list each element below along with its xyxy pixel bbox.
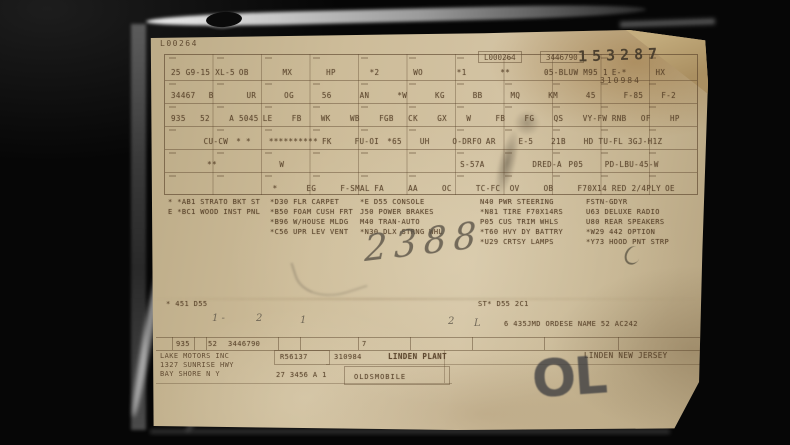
body-code-number: 310984 (600, 76, 641, 85)
zone-number: 7 (362, 340, 367, 348)
grid-cell: *W (393, 92, 431, 103)
option-line: *B96 W/HOUSE MLDG (270, 217, 353, 227)
grid-cell (659, 169, 695, 172)
grid-cell: W (462, 115, 491, 126)
option-line: *T60 HVY DY BATTRY (480, 227, 563, 237)
grid-cell (167, 169, 203, 172)
grid-cell: W (275, 161, 311, 172)
options-column: N40 PWR STEERING*N81 TIRE F70X14RSP05 CU… (480, 197, 563, 247)
grid-cell: ** (203, 161, 239, 172)
grid-cell: AA (404, 185, 438, 196)
grid-cell: HX (651, 69, 695, 80)
grid-cell: F70X14 RED 2/4PLY (574, 185, 662, 196)
dealer-address-line: 1327 SUNRISE HWY (160, 361, 234, 370)
invoice-number: R56137 (280, 353, 308, 361)
grid-cell: VY-FW (579, 115, 608, 126)
model-number: 935 (176, 340, 190, 348)
table-rule (358, 337, 359, 350)
grid-cell: * * (232, 138, 265, 149)
grid-cell: CU-CW (200, 138, 233, 149)
grid-cell: 935 (167, 115, 196, 126)
punch-hole (206, 11, 243, 28)
body-code: 310984 (334, 353, 362, 361)
grid-cell: FK (318, 138, 351, 149)
sleeve-top-edge-2 (620, 18, 715, 27)
grid-row: 93552A 5045LEFBWKWBFGBCKGXWFBFGQSVY-FWRN… (165, 104, 697, 127)
grid-cell: OV (506, 185, 540, 196)
grid-cell: UR (242, 92, 280, 103)
grid-cell: QS (550, 115, 579, 126)
grid-cell: E-5 (515, 138, 548, 149)
pencil-mark: L (474, 318, 481, 329)
grid-cell: 56 (318, 92, 356, 103)
grid-cell: O-DRFO (448, 138, 482, 149)
table-rule (194, 337, 195, 350)
grid-cell (384, 169, 420, 172)
grid-cell: MQ (506, 92, 544, 103)
pencil-mark: 1 (300, 315, 306, 326)
option-line: *E D55 CONSOLE (360, 197, 443, 207)
build-sheet-paper: L00264 L000264 3446790 153287 310984 25 … (148, 30, 708, 430)
pencil-mark: 2 (256, 313, 262, 324)
grid-cell: UH (416, 138, 449, 149)
grid-cell: ********** (265, 138, 318, 149)
grid-cell: F-SMAL (336, 185, 370, 196)
grid-cell: P05 (565, 161, 601, 172)
grid-cell: FG (521, 115, 550, 126)
grid-cell: *2 (366, 69, 410, 80)
options-column: *D30 FLR CARPET*B50 FOAM CUSH FRT*B96 W/… (270, 197, 353, 237)
grid-cell: AN (356, 92, 394, 103)
option-line: * *AB1 STRATO BKT ST (168, 197, 260, 207)
options-column: * *AB1 STRATO BKT STE *BC1 WOOD INST PNL (168, 197, 260, 217)
stamped-sequence-number: 153287 (578, 45, 663, 66)
pencil-mark (622, 244, 643, 267)
grid-cell: HP (666, 115, 695, 126)
grid-cell: 21B (547, 138, 580, 149)
option-line: *C56 UPR LEV VENT (270, 227, 353, 237)
plant-name: LINDEN PLANT (388, 352, 447, 361)
options-column: FSTN-GDYRU63 DELUXE RADIOU80 REAR SPEAKE… (586, 197, 669, 247)
lower-right-code: ST* D55 2C1 (478, 300, 529, 308)
grid-cell: B (205, 92, 243, 103)
grid-cell: KG (431, 92, 469, 103)
grid-cell: 25 G9-15 XL-5 (167, 69, 235, 80)
grid-cell: BB (469, 92, 507, 103)
option-line: N40 PWR STEERING (480, 197, 563, 207)
table-rule (544, 337, 545, 350)
grid-cell (235, 193, 269, 196)
grid-cell: 45 (582, 92, 620, 103)
grid-cell: KM (544, 92, 582, 103)
grid-cell: 34467 (167, 92, 205, 103)
option-line: *N81 TIRE F70X14RS (480, 207, 563, 217)
option-line: U80 REAR SPEAKERS (586, 217, 669, 227)
grid-cell: PD-LBU-45-W (601, 161, 659, 172)
option-line: P05 CUS TRIM WHLS (480, 217, 563, 227)
grid-cell: F-85 (620, 92, 658, 103)
option-line: FSTN-GDYR (586, 197, 669, 207)
grid-cell: OE (661, 185, 695, 196)
make-name: OLDSMOBILE (354, 373, 406, 381)
option-line: *Y73 HOOD PNT STRP (586, 237, 669, 247)
option-line: *U29 CRTSY LAMPS (480, 237, 563, 247)
grid-cell (348, 169, 384, 172)
ol-stamp: OL (530, 346, 607, 411)
grid-cell: S-57A (456, 161, 492, 172)
serial-top-left: L00264 (160, 39, 198, 48)
option-line: *D30 FLR CARPET (270, 197, 353, 207)
option-line: *W29 442 OPTION (586, 227, 669, 237)
grid-cell: RNB (608, 115, 637, 126)
grid-cell: HP (322, 69, 366, 80)
option-line: U63 DELUXE RADIO (586, 207, 669, 217)
grid-row: *EGF-SMALFAAAOCTC-FCOVOBF70X14 RED 2/4PL… (165, 173, 697, 196)
grid-cell: OB (235, 69, 279, 80)
pencil-mark: 2 (448, 316, 454, 327)
line-codes: 27 3456 A 1 (276, 371, 327, 379)
grid-cell: GX (433, 115, 462, 126)
paper-crease (148, 298, 708, 300)
grid-cell: 05-BLUW M95 1 (540, 69, 608, 80)
grid-cell: ** (496, 69, 540, 80)
grid-cell (662, 146, 695, 149)
grid-cell: * (269, 185, 303, 196)
grid-cell (167, 146, 200, 149)
option-line: E *BC1 WOOD INST PNL (168, 207, 260, 217)
grid-cell (239, 169, 275, 172)
grid-cell: WO (409, 69, 453, 80)
grid-cell: WK (317, 115, 346, 126)
sleeve-bottom-edge (150, 429, 670, 434)
table-rule (410, 337, 411, 350)
grid-cell: OF (637, 115, 666, 126)
option-line: J50 POWER BRAKES (360, 207, 443, 217)
grid-cell (312, 169, 348, 172)
grid-cell: 52 (196, 115, 225, 126)
grid-cell: LE (259, 115, 288, 126)
table-rule (472, 337, 473, 350)
lower-left-code: * 451 D55 (166, 300, 208, 308)
year-code: 52 (208, 340, 217, 348)
grid-cell: HD TU-FL 3GJ-H1Z (580, 138, 663, 149)
grid-row: CU-CW* ***********FKFU-OI*65UHO-DRFOARE-… (165, 127, 697, 150)
header-box-left: L000264 (478, 51, 522, 63)
order-line: 6 435JMD ORDESE NAME 52 AC242 (504, 320, 638, 328)
dealer-address: LAKE MOTORS INC1327 SUNRISE HWYBAY SHORE… (160, 352, 234, 379)
grid-cell: OC (438, 185, 472, 196)
photo-background: L00264 L000264 3446790 153287 310984 25 … (0, 0, 790, 445)
grid-cell: FA (370, 185, 404, 196)
grid-cell: *65 (383, 138, 416, 149)
grid-cell: OB (540, 185, 574, 196)
unit-number: 3446790 (228, 340, 260, 348)
pencil-mark: 1 - (212, 313, 225, 324)
grid-cell: FB (491, 115, 520, 126)
table-rule (326, 364, 700, 365)
table-rule (206, 337, 207, 350)
table-rule (172, 337, 173, 350)
grid-cell: A 5045 (225, 115, 259, 126)
grid-cell (420, 169, 456, 172)
grid-cell: TC-FC (472, 185, 506, 196)
grid-cell: OG (280, 92, 318, 103)
grid-cell: DRED-A (528, 161, 564, 172)
grid-cell: *1 (453, 69, 497, 80)
table-rule (278, 337, 279, 350)
grid-cell: F-2 (657, 92, 695, 103)
option-line: *B50 FOAM CUSH FRT (270, 207, 353, 217)
grid-cell: MX (278, 69, 322, 80)
table-rule (618, 337, 619, 350)
grid-cell: FB (288, 115, 317, 126)
grid-cell (201, 193, 235, 196)
grid-cell (492, 169, 528, 172)
dealer-address-line: LAKE MOTORS INC (160, 352, 234, 361)
grid-row: **WS-57ADRED-AP05PD-LBU-45-W (165, 150, 697, 173)
grid-cell: WB (346, 115, 375, 126)
grid-cell: FGB (375, 115, 404, 126)
dealer-address-line: BAY SHORE N Y (160, 370, 234, 379)
grid-cell: EG (303, 185, 337, 196)
grid-cell: AR (482, 138, 515, 149)
table-rule (300, 337, 301, 350)
grid-cell: FU-OI (351, 138, 384, 149)
grid-cell: CK (404, 115, 433, 126)
grid-cell (167, 193, 201, 196)
